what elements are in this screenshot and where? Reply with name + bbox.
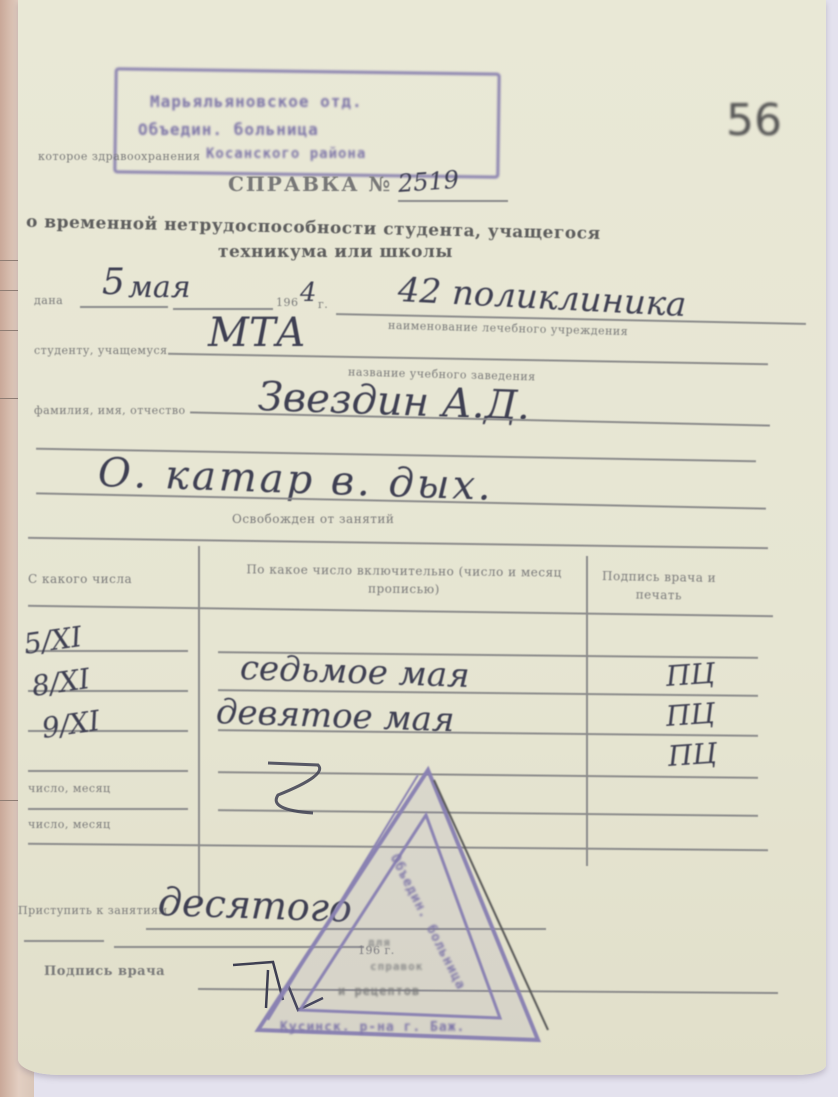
table-col-divider-1 [198, 546, 200, 906]
name-value: Звездин А.Д. [257, 374, 531, 429]
stamp-line-2: Объедин. больница [138, 120, 319, 139]
year-suffix: г. [318, 298, 328, 311]
row-1-from: 5/XI [22, 620, 84, 661]
year-prefix: 196 [276, 296, 299, 309]
institution-caption: наименование лечебного учреждения [388, 319, 628, 338]
triangle-inner-2: справок [370, 960, 423, 973]
name-label: фамилия, имя, отчество [34, 404, 186, 417]
issued-label: дана [34, 294, 63, 307]
row-line [28, 808, 188, 810]
certificate-title: СПРАВКА № [228, 172, 392, 196]
day-line [80, 306, 168, 308]
school-value: МТА [208, 310, 306, 356]
triangle-stamp-bottom-text: Кусинск. р-на г. Баж. [280, 1020, 465, 1035]
page-number: 56 [726, 95, 782, 146]
footer-month-label: число, месяц [28, 818, 111, 831]
issued-year-digit: 4 [300, 278, 317, 308]
row-1-signature: ПЦ [665, 657, 716, 693]
header-from: С какого числа [28, 572, 132, 586]
doctor-signature-label: Подпись врача [44, 964, 165, 979]
header-signature: Подпись врача и печать [594, 567, 725, 605]
cut-label: которое здравоохранения [38, 150, 200, 163]
student-label: студенту, учащемуся [34, 344, 168, 357]
spine-mark [0, 800, 20, 801]
row-2-until: девятое мая [215, 692, 455, 740]
subtitle-line-1: о временной нетрудоспособности студента,… [26, 212, 601, 244]
row-3-signature: ПЦ [667, 737, 718, 773]
footer-number-label: число, месяц [28, 782, 111, 795]
stamp-line-3: Косанского района [206, 146, 366, 162]
row-3-from: 9/XI [40, 704, 102, 745]
row-2-from: 8/XI [30, 662, 92, 703]
subtitle-line-2: техникума или школы [218, 242, 453, 262]
issued-day: 5 [102, 262, 125, 303]
number-underline [398, 200, 508, 202]
certificate-number: 2519 [397, 166, 460, 198]
header-until: По какое число включительно (число и мес… [224, 560, 584, 600]
row-line [28, 770, 188, 772]
issued-month: мая [128, 270, 191, 305]
date-line-1 [24, 940, 104, 942]
row-1-until: седьмое мая [239, 648, 470, 696]
table-top-border [28, 537, 768, 549]
triangle-inner-1: для [368, 936, 391, 949]
table-header-border [28, 605, 773, 617]
stamp-line-1: Марьяльяновское отд. [150, 92, 363, 111]
table-col-divider-2 [586, 556, 588, 866]
released-caption: Освобожден от занятий [232, 512, 394, 526]
resume-label: Приступить к занятиям [18, 904, 168, 917]
triangle-inner-3: и рецептов [338, 984, 420, 998]
triangle-stamp [238, 760, 558, 1060]
row-2-signature: ПЦ [665, 697, 716, 733]
student-line [168, 353, 768, 365]
certificate-page: 56 Марьяльяновское отд. Объедин. больниц… [18, 0, 826, 1075]
